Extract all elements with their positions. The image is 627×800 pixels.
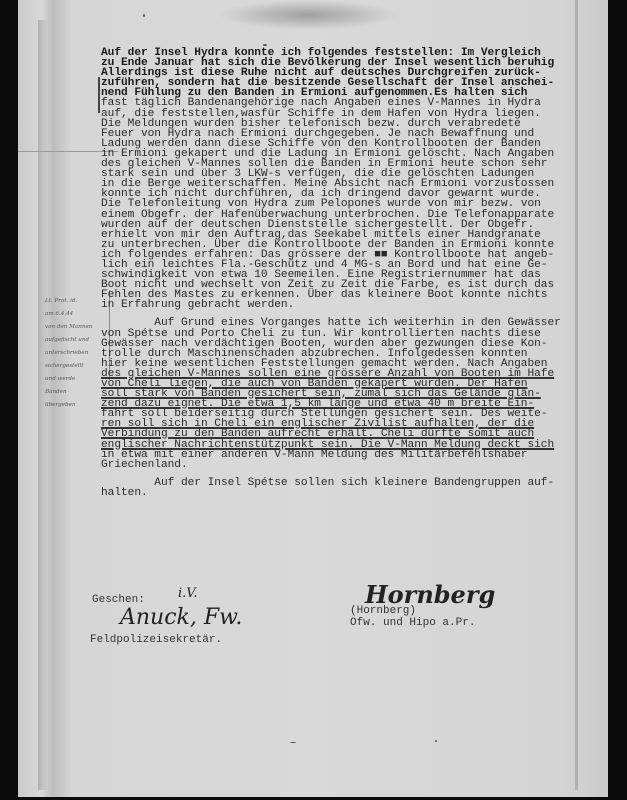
margin-note-line: von den Mannen <box>45 321 107 334</box>
page-fold-right <box>575 0 578 790</box>
margin-note-line: und werde <box>45 373 107 386</box>
left-signature: Anuck, Fw. <box>120 605 242 630</box>
paragraph-spetse-groups: Auf der Insel Spétse sollen sich kleiner… <box>101 478 561 498</box>
text-line: Die Telefonleitung von Hydra zum Pelopon… <box>101 199 561 209</box>
margin-note-line: Lt. Prot. id. <box>45 295 107 308</box>
iv-handwritten: i.V. <box>178 586 198 601</box>
left-signer-title: Feldpolizeisekretär. <box>90 634 222 646</box>
text-line: halten. <box>101 488 561 498</box>
margin-marker-bar <box>98 77 100 113</box>
scan-shadow <box>218 0 398 30</box>
margin-note-line: unterschrieben <box>45 347 107 360</box>
paragraph-hydra: Auf der Insel Hydra konnte ich folgendes… <box>101 48 561 310</box>
right-signer-title: Ofw. und Hipo a.Pr. <box>350 617 475 629</box>
dust-speck <box>143 14 145 17</box>
handwritten-margin-note: Lt. Prot. id. am 6.4.44 von den Mannen a… <box>45 295 107 412</box>
right-signer-name: (Hornberg) <box>350 605 416 617</box>
dust-speck <box>263 44 267 46</box>
margin-note-line: übergeben <box>45 399 107 412</box>
paragraph-spetse-cheli: Auf Grund eines Vorganges hatte ich weit… <box>101 318 561 469</box>
margin-note-line: Banden <box>45 386 107 399</box>
margin-note-line: aufgefischt und <box>45 334 107 347</box>
text-line: Griechenland. <box>101 460 561 470</box>
text-line: in Erfahrung gebracht werden. <box>101 300 561 310</box>
typewritten-body: Auf der Insel Hydra konnte ich folgendes… <box>101 48 561 498</box>
text-line: Auf der Insel Spétse sollen sich kleiner… <box>101 478 561 488</box>
margin-note-line: sichergestellt <box>45 360 107 373</box>
dust-speck <box>435 740 437 742</box>
margin-note-line: am 6.4.44 <box>45 308 107 321</box>
dust-speck <box>290 742 296 743</box>
